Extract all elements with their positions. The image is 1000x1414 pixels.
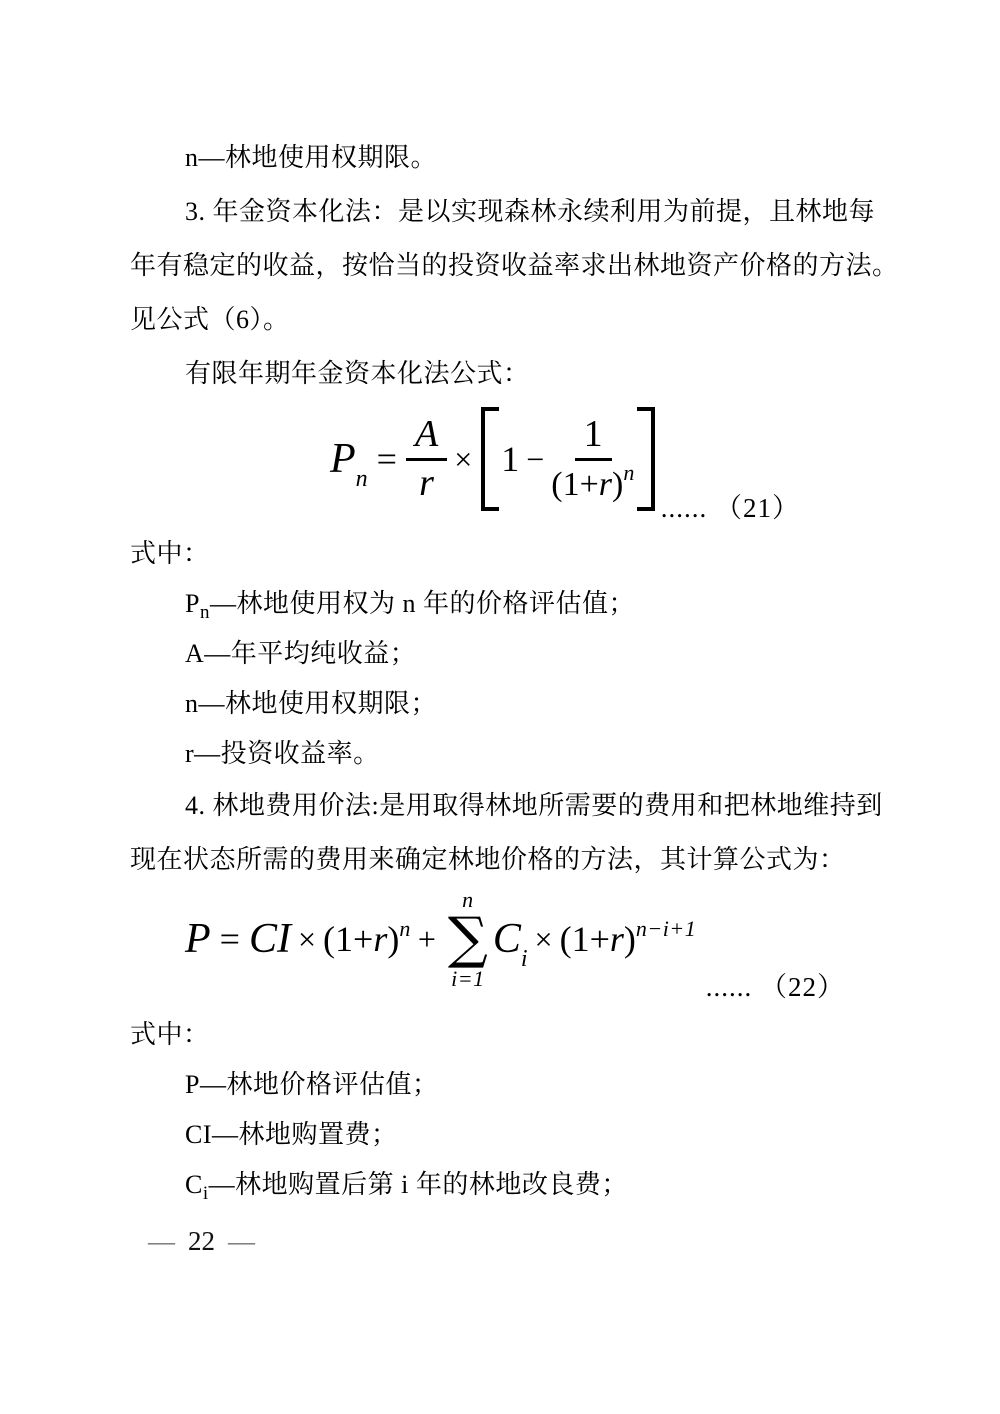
definition-line: n—林地使用权期限； bbox=[130, 679, 870, 729]
definition-text: —林地使用权期限； bbox=[199, 689, 438, 718]
right-bracket bbox=[637, 407, 655, 511]
definition-text: —林地使用权期限。 bbox=[199, 143, 438, 172]
definition-text: —林地价格评估值； bbox=[200, 1070, 439, 1099]
symbol: P bbox=[185, 589, 200, 618]
summation-lower-limit: i=1 bbox=[451, 966, 484, 991]
where-clause-2: 式中： bbox=[130, 1010, 870, 1060]
var-C-subscript: i bbox=[521, 946, 528, 973]
term-one-plus-r-pow-n-i-1: (1+r)n−i+1 bbox=[560, 918, 697, 960]
times-sign: × bbox=[447, 441, 479, 478]
formula-21: Pn = A r × 1 − 1 (1+r)n ...... （21） bbox=[130, 401, 870, 529]
plus-sign: + bbox=[411, 921, 443, 958]
term-one-plus-r-pow-n: (1+r)n bbox=[323, 918, 411, 960]
exponent-n-i-1: n−i+1 bbox=[636, 916, 696, 942]
paren-open: (1+ bbox=[551, 466, 599, 503]
number-one: 1 bbox=[501, 438, 519, 480]
times-sign: × bbox=[291, 921, 323, 958]
exponent-n: n bbox=[623, 460, 635, 485]
exponent-n: n bbox=[399, 916, 411, 942]
symbol: C bbox=[185, 1170, 203, 1199]
symbol: n bbox=[185, 689, 199, 718]
formula-22: P = CI × (1+r)n + n ∑ i=1 Ci × (1+r)n−i+… bbox=[130, 887, 870, 1010]
paren-close: ) bbox=[387, 918, 399, 960]
definition-line: A—年平均纯收益； bbox=[130, 629, 870, 679]
page-number: 22 bbox=[188, 1226, 215, 1257]
denominator-r: r bbox=[419, 461, 434, 504]
paragraph-3-line-2: 年有稳定的收益，按恰当的投资收益率求出林地资产价格的方法。 bbox=[130, 239, 870, 293]
equals-sign: = bbox=[211, 918, 249, 960]
summation: n ∑ i=1 bbox=[448, 887, 488, 991]
paren-open: (1+ bbox=[560, 918, 610, 960]
minus-sign: − bbox=[519, 441, 551, 478]
numerator-A: A bbox=[406, 415, 447, 461]
var-P: P bbox=[185, 915, 211, 963]
symbol: P bbox=[185, 1070, 200, 1099]
formula-22-expression: P = CI × (1+r)n + n ∑ i=1 Ci × (1+r)n−i+… bbox=[185, 887, 696, 991]
paren-close: ) bbox=[624, 918, 636, 960]
formula-22-number-label: ...... （22） bbox=[706, 965, 845, 1004]
definition-line: Pn—林地使用权为 n 年的价格评估值； bbox=[130, 579, 870, 629]
footer-left-dash: — bbox=[148, 1226, 175, 1257]
symbol: n bbox=[185, 143, 199, 172]
formula-21-number-label: ...... （21） bbox=[661, 486, 800, 525]
formula-21-lhs: Pn bbox=[330, 435, 368, 483]
definition-text: —林地购置后第 i 年的林地改良费； bbox=[209, 1170, 628, 1199]
definition-line-n-top: n—林地使用权期限。 bbox=[130, 131, 870, 185]
document-page: n—林地使用权期限。 3. 年金资本化法：是以实现森林永续利用为前提，且林地每 … bbox=[0, 0, 1000, 1414]
symbol-subscript: n bbox=[200, 602, 210, 623]
numerator-one: 1 bbox=[575, 415, 612, 461]
term-C-i: Ci bbox=[493, 915, 528, 963]
definition-line: CI—林地购置费； bbox=[130, 1110, 870, 1160]
definition-line: P—林地价格评估值； bbox=[130, 1060, 870, 1110]
definition-text: —林地使用权为 n 年的价格评估值； bbox=[210, 589, 635, 618]
var-r: r bbox=[373, 918, 387, 960]
var-C: C bbox=[493, 915, 521, 963]
page-content: n—林地使用权期限。 3. 年金资本化法：是以实现森林永续利用为前提，且林地每 … bbox=[130, 131, 870, 1210]
definition-text: —投资收益率。 bbox=[194, 739, 380, 768]
left-bracket bbox=[481, 407, 499, 511]
equals-sign: = bbox=[368, 438, 406, 480]
var-CI: CI bbox=[249, 915, 291, 963]
definition-line: Ci—林地购置后第 i 年的林地改良费； bbox=[130, 1160, 870, 1210]
var-P-subscript: n bbox=[356, 466, 368, 493]
paren-close: ) bbox=[612, 466, 623, 503]
definition-text: —林地购置费； bbox=[212, 1120, 398, 1149]
times-sign: × bbox=[528, 921, 560, 958]
formula-21-intro: 有限年期年金资本化法公式： bbox=[130, 347, 870, 401]
var-r: r bbox=[599, 466, 612, 503]
sigma-icon: ∑ bbox=[448, 912, 488, 965]
symbol-subscript: i bbox=[203, 1183, 209, 1204]
symbol: A bbox=[185, 639, 204, 668]
paragraph-4-line-2: 现在状态所需的费用来确定林地价格的方法，其计算公式为： bbox=[130, 833, 870, 887]
paragraph-3-line-3: 见公式（6）。 bbox=[130, 293, 870, 347]
where-clause-1: 式中： bbox=[130, 529, 870, 579]
page-number-footer: — 22 — bbox=[148, 1226, 255, 1257]
footer-right-dash: — bbox=[228, 1226, 255, 1257]
definition-line: r—投资收益率。 bbox=[130, 729, 870, 779]
symbol: CI bbox=[185, 1120, 212, 1149]
definition-text: —年平均纯收益； bbox=[204, 639, 416, 668]
fraction-A-over-r: A r bbox=[406, 415, 447, 504]
paren-open: (1+ bbox=[323, 918, 373, 960]
var-P: P bbox=[330, 435, 356, 483]
var-r: r bbox=[610, 918, 624, 960]
paragraph-3-line-1: 3. 年金资本化法：是以实现森林永续利用为前提，且林地每 bbox=[130, 185, 870, 239]
fraction-discount: 1 (1+r)n bbox=[551, 415, 635, 504]
formula-21-expression: Pn = A r × 1 − 1 (1+r)n bbox=[330, 401, 657, 517]
paragraph-4-line-1: 4. 林地费用价法:是用取得林地所需要的费用和把林地维持到 bbox=[130, 779, 870, 833]
symbol: r bbox=[185, 739, 194, 768]
denominator-one-plus-r-pow-n: (1+r)n bbox=[551, 461, 635, 504]
